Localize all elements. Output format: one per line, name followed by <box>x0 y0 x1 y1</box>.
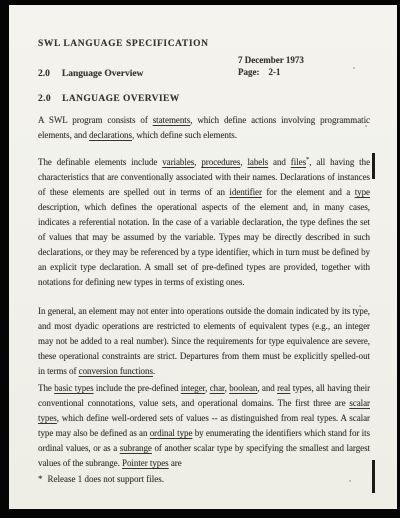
underlined-term: variables <box>162 157 194 167</box>
underlined-term: char <box>210 383 225 393</box>
text-segment: , which define such elements. <box>132 130 237 140</box>
page-number: 2-1 <box>269 67 281 77</box>
text-segment: , and <box>257 383 277 393</box>
text-segment: The <box>38 383 54 393</box>
scanned-document: { "header": { "doc_title": "SWL LANGUAGE… <box>0 0 400 518</box>
section-header: 2.0Language Overview <box>38 69 143 79</box>
section-number: 2.0 <box>38 69 50 79</box>
section-title: Language Overview <box>62 69 144 79</box>
underlined-term: basic types <box>54 383 93 393</box>
paragraph-overview: A SWL program consists of statements, wh… <box>38 113 370 143</box>
underlined-term: integer <box>181 383 205 393</box>
paragraph-basic-types: The basic types include the pre-defined … <box>38 381 370 471</box>
document-title: SWL LANGUAGE SPECIFICATION <box>38 39 209 49</box>
underlined-term: identifier <box>229 187 262 197</box>
underlined-term: declarations <box>89 130 132 140</box>
text-segment: and <box>268 157 291 167</box>
chapter-heading: 2.0LANGUAGE OVERVIEW <box>38 94 180 104</box>
chapter-heading-number: 2.0 <box>38 94 51 104</box>
underlined-term: Pointer types <box>122 458 169 468</box>
scan-speck <box>349 480 351 482</box>
underlined-term: labels <box>247 157 268 167</box>
underlined-term: subrange <box>120 443 152 453</box>
paragraph-definable-elements: The definable elements include variables… <box>38 155 370 290</box>
underlined-term: boolean <box>229 383 257 393</box>
text-segment: A SWL program consists of <box>38 115 153 125</box>
underlined-term: ordinal type <box>150 428 193 438</box>
underlined-term: type <box>355 187 370 197</box>
underlined-term: real <box>277 383 290 393</box>
page-indicator: Page:2-1 <box>238 67 281 77</box>
underlined-term: conversion functions <box>79 366 153 376</box>
scan-speck <box>353 67 355 69</box>
document-date: 7 December 1973 <box>238 55 304 65</box>
underlined-term: statements <box>153 115 191 125</box>
text-segment: include the pre-defined <box>94 383 181 393</box>
document-page: SWL LANGUAGE SPECIFICATION 7 December 19… <box>9 5 397 509</box>
scan-speck <box>359 305 361 307</box>
text-segment: The definable elements include <box>38 157 162 167</box>
page-label: Page: <box>238 67 260 77</box>
revision-mark <box>372 153 375 179</box>
paragraph-type-constraints: In general, an element may not enter int… <box>38 304 370 379</box>
text-segment: for the element and a <box>262 187 355 197</box>
footnote-marker: * <box>38 474 43 484</box>
scan-speck <box>365 125 367 127</box>
revision-mark <box>372 460 375 493</box>
underlined-term: procedures <box>201 157 240 167</box>
text-segment: are <box>169 458 182 468</box>
footnote-text: Release 1 does not support files. <box>48 474 164 484</box>
chapter-heading-title: LANGUAGE OVERVIEW <box>62 94 180 104</box>
text-segment: description, which defines the operation… <box>38 202 370 287</box>
footnote: *Release 1 does not support files. <box>38 474 164 484</box>
text-segment: . <box>153 366 155 376</box>
underlined-term: files <box>291 157 306 167</box>
